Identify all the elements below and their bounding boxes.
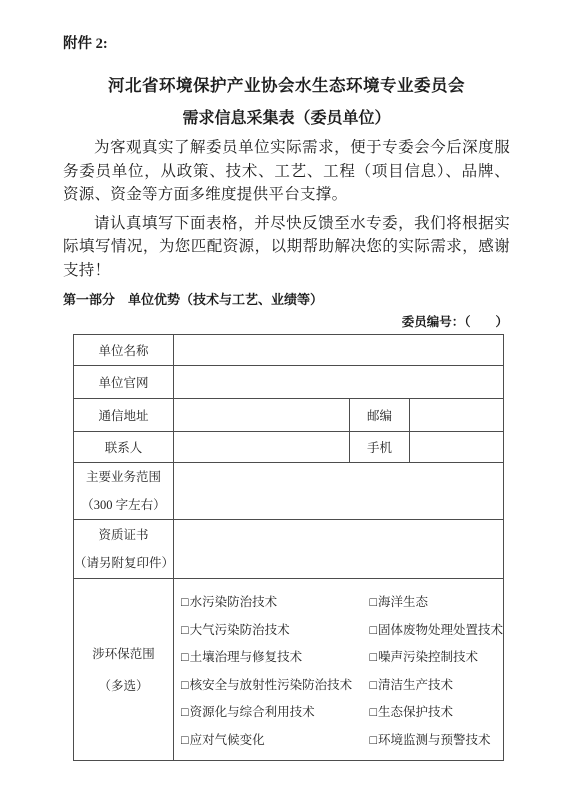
qualification-label: 资质证书 （请另附复印件） [74,520,174,579]
postcode-field[interactable] [410,399,504,432]
checkbox-label: 大气污染防治技术 [190,623,290,637]
checkbox-option-climate-change[interactable]: □应对气候变化 [181,727,369,755]
checkbox-option-resource-utilization[interactable]: □资源化与综合利用技术 [181,699,369,727]
checkbox-label: 固体废物处理处置技术 [378,623,503,637]
checkbox-option-ecology-protection[interactable]: □生态保护技术 [369,699,503,727]
checkbox-icon[interactable]: □ [181,623,189,637]
postcode-label: 邮编 [350,399,410,432]
mobile-label: 手机 [350,432,410,463]
checkbox-label: 海洋生态 [378,595,428,609]
info-collection-table: 单位名称 单位官网 通信地址 邮编 联系人 手机 主要业务范围 （300 字左右… [73,334,504,761]
business-scope-field[interactable] [174,463,504,520]
checkbox-label: 资源化与综合利用技术 [190,705,315,719]
member-number-label: 委员编号：（ ） [63,314,510,330]
mobile-field[interactable] [410,432,504,463]
checkbox-icon[interactable]: □ [369,650,377,664]
unit-name-label: 单位名称 [74,335,174,366]
qualification-label-line1: 资质证书 [74,521,173,549]
checkbox-option-soil-remediation[interactable]: □土壤治理与修复技术 [181,644,369,672]
table-row: 资质证书 （请另附复印件） [74,520,504,579]
qualification-label-line2: （请另附复印件） [74,549,173,577]
unit-website-field[interactable] [174,366,504,399]
checkbox-group: □水污染防治技术 □大气污染防治技术 □土壤治理与修复技术 □核安全与放射性污染… [174,579,503,760]
table-row: 单位名称 [74,335,504,366]
checkbox-option-water-pollution[interactable]: □水污染防治技术 [181,589,369,617]
table-row: 联系人 手机 [74,432,504,463]
intro-paragraph-2: 请认真填写下面表格，并尽快反馈至水专委，我们将根据实际填写情况，为您匹配资源，以… [63,212,510,283]
checkbox-icon[interactable]: □ [369,705,377,719]
checkbox-option-nuclear-safety[interactable]: □核安全与放射性污染防治技术 [181,672,369,700]
checkbox-icon[interactable]: □ [181,650,189,664]
checkbox-icon[interactable]: □ [369,623,377,637]
table-row: 单位官网 [74,366,504,399]
checkbox-icon[interactable]: □ [181,705,189,719]
checkbox-label: 噪声污染控制技术 [378,650,478,664]
checkbox-icon[interactable]: □ [181,733,189,747]
unit-website-label: 单位官网 [74,366,174,399]
table-row: 涉环保范围 （多选） □水污染防治技术 □大气污染防治技术 □土壤治理与修复技术… [74,579,504,761]
checkbox-label: 水污染防治技术 [190,595,278,609]
checkbox-label: 应对气候变化 [190,733,265,747]
qualification-field[interactable] [174,520,504,579]
business-scope-label-line1: 主要业务范围 [74,463,173,491]
table-row: 通信地址 邮编 [74,399,504,432]
business-scope-label: 主要业务范围 （300 字左右） [74,463,174,520]
table-row: 主要业务范围 （300 字左右） [74,463,504,520]
address-label: 通信地址 [74,399,174,432]
checkbox-icon[interactable]: □ [369,595,377,609]
checkbox-option-solid-waste[interactable]: □固体废物处理处置技术 [369,617,503,645]
checkbox-option-noise-control[interactable]: □噪声污染控制技术 [369,644,503,672]
checkbox-icon[interactable]: □ [181,595,189,609]
checkbox-icon[interactable]: □ [181,678,189,692]
document-title: 河北省环境保护产业协会水生态环境专业委员会 [63,76,510,96]
checkbox-column-left: □水污染防治技术 □大气污染防治技术 □土壤治理与修复技术 □核安全与放射性污染… [181,589,369,754]
checkbox-label: 环境监测与预警技术 [378,733,491,747]
business-scope-label-line2: （300 字左右） [74,491,173,519]
attachment-label: 附件 2: [63,34,510,54]
document-page: 附件 2: 河北省环境保护产业协会水生态环境专业委员会 需求信息采集表（委员单位… [0,0,571,791]
section-heading: 第一部分 单位优势（技术与工艺、业绩等） [63,291,510,308]
checkbox-option-clean-production[interactable]: □清洁生产技术 [369,672,503,700]
checkbox-label: 核安全与放射性污染防治技术 [190,678,353,692]
intro-paragraph-1: 为客观真实了解委员单位实际需求，便于专委会今后深度服务委员单位，从政策、技术、工… [63,136,510,207]
checkbox-option-air-pollution[interactable]: □大气污染防治技术 [181,617,369,645]
address-field[interactable] [174,399,350,432]
unit-name-field[interactable] [174,335,504,366]
checkbox-option-marine-ecology[interactable]: □海洋生态 [369,589,503,617]
contact-label: 联系人 [74,432,174,463]
env-scope-label-line2: （多选） [74,670,173,702]
checkbox-label: 土壤治理与修复技术 [190,650,303,664]
env-scope-label-line1: 涉环保范围 [74,638,173,670]
checkbox-label: 生态保护技术 [378,705,453,719]
checkbox-column-right: □海洋生态 □固体废物处理处置技术 □噪声污染控制技术 □清洁生产技术 □生态保… [369,589,503,754]
document-subtitle: 需求信息采集表（委员单位） [63,109,510,129]
env-scope-options-cell: □水污染防治技术 □大气污染防治技术 □土壤治理与修复技术 □核安全与放射性污染… [174,579,504,761]
checkbox-label: 清洁生产技术 [378,678,453,692]
checkbox-icon[interactable]: □ [369,733,377,747]
env-scope-label: 涉环保范围 （多选） [74,579,174,761]
contact-field[interactable] [174,432,350,463]
checkbox-icon[interactable]: □ [369,678,377,692]
checkbox-option-env-monitoring[interactable]: □环境监测与预警技术 [369,727,503,755]
